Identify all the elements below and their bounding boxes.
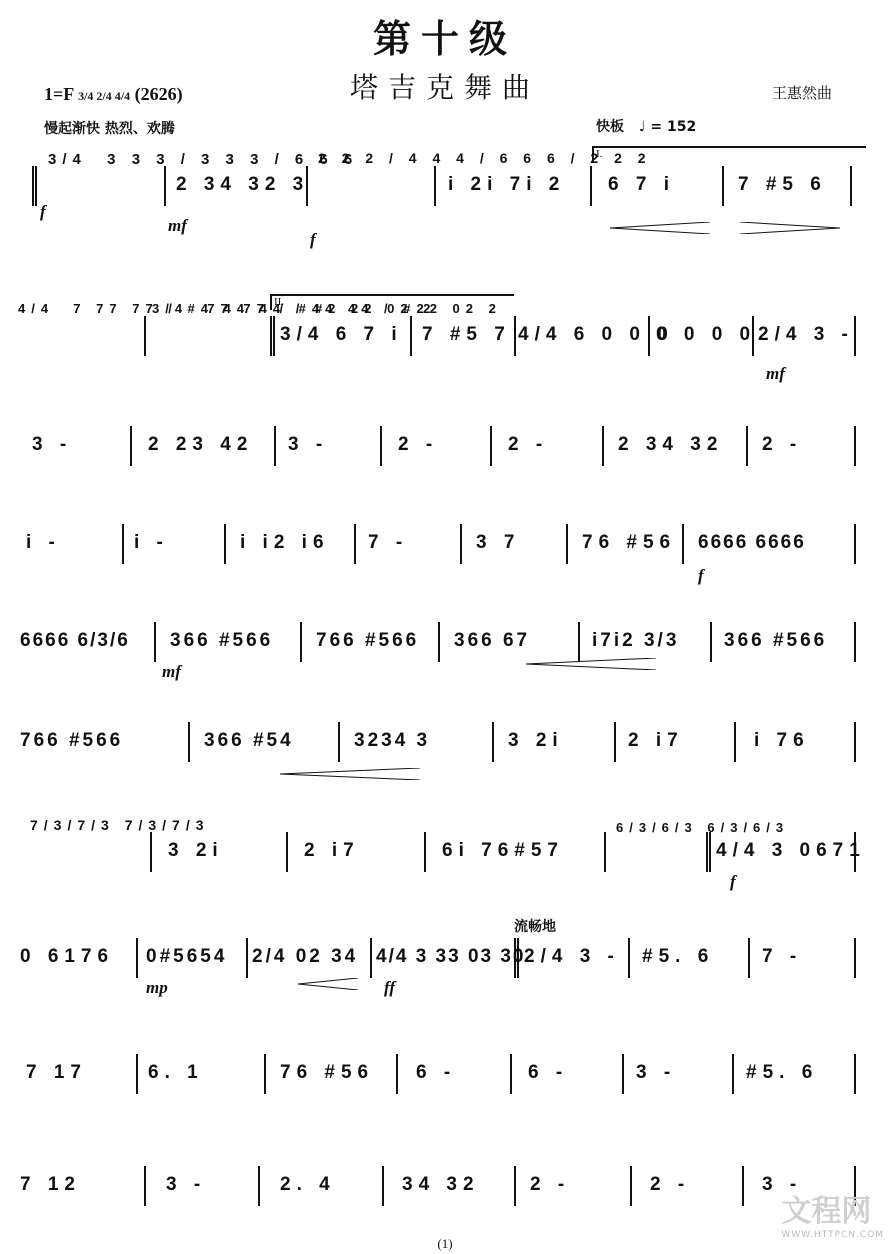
barline — [648, 316, 650, 356]
key-signature: 1=F 3/4 2/4 4/4 (2626) — [44, 84, 183, 105]
dynamic-mf: mf — [162, 662, 181, 682]
barline — [510, 1054, 512, 1094]
measure: 2 i7 — [628, 730, 684, 752]
barline — [144, 1166, 146, 1206]
barline — [854, 426, 856, 466]
barline — [514, 316, 516, 356]
watermark: 文程网 WWW.HTTPCN.COM — [781, 1186, 884, 1240]
barline — [710, 622, 712, 662]
barline — [380, 426, 382, 466]
barline — [136, 1054, 138, 1094]
crescendo-hairpin — [280, 768, 420, 780]
barline — [150, 832, 152, 872]
measure: i 2i 7i 2 — [448, 174, 565, 196]
barline — [154, 622, 156, 662]
barline — [264, 1054, 266, 1094]
repeat-start-barline — [706, 832, 711, 872]
measure: 366 #566 — [724, 630, 827, 652]
barline — [628, 938, 630, 978]
volta-bracket: I. — [592, 146, 866, 162]
measure: i7i2 3/3 — [592, 630, 679, 652]
measure: 6/3/6/3 6/3/6/3 — [616, 820, 789, 836]
measure: 4/4 6 0 0 0 — [518, 324, 674, 346]
measure: 0 0 0 0 — [656, 324, 756, 346]
measure: 366 #566 — [170, 630, 273, 652]
crescendo-hairpin — [526, 658, 656, 670]
barline — [722, 166, 724, 206]
barline — [614, 722, 616, 762]
measure: 2. 4 — [280, 1174, 336, 1196]
decrescendo-hairpin — [740, 222, 840, 234]
measure: 3234 3 — [354, 730, 430, 752]
measure: 366 #54 — [204, 730, 294, 752]
measure: 2/4 3 - — [524, 946, 620, 968]
measure: 4/4 3 0671 — [716, 840, 866, 862]
barline — [732, 1054, 734, 1094]
measure: 3 - — [636, 1062, 676, 1084]
barline — [854, 832, 856, 872]
barline — [854, 1054, 856, 1094]
staff-row: 3/4 3 3 3 / 3 3 3 / 6 6 6 2 34 32 3 2 2 … — [18, 150, 856, 230]
staff-row: 7/3/7/3 7/3/7/3 3 2i 2 i7 6i 76#57 6/3/6… — [18, 816, 856, 896]
measure: 7 #5 7 — [422, 324, 511, 346]
barline — [188, 722, 190, 762]
barline — [854, 524, 856, 564]
measure: 766 #566 — [20, 730, 123, 752]
measure: 76 #56 — [582, 532, 676, 554]
barline — [246, 938, 248, 978]
dynamic-mf: mf — [168, 216, 187, 236]
barline — [164, 166, 166, 206]
barline — [746, 426, 748, 466]
measure: 6i 76#57 — [442, 840, 564, 862]
barline — [258, 1166, 260, 1206]
barline — [460, 524, 462, 564]
measure: i - — [26, 532, 61, 554]
measure: 3 - — [166, 1174, 206, 1196]
staff-row: 4/4 7 77 77 / #4 44 44 / #2 22 02 2 3/4 … — [18, 300, 856, 380]
measure: 3 2i — [508, 730, 564, 752]
measure: 2 - — [508, 434, 548, 456]
barline — [410, 316, 412, 356]
measure: 7 #5 6 — [738, 174, 827, 196]
barline — [566, 524, 568, 564]
measure: 2 34 32 3 — [176, 174, 309, 196]
dynamic-f: f — [698, 566, 704, 586]
watermark-url: WWW.HTTPCN.COM — [781, 1230, 884, 1240]
dynamic-ff: ff — [384, 978, 395, 998]
repeat-end-barline — [270, 316, 275, 356]
measure: #5. 6 — [642, 946, 714, 968]
barline — [136, 938, 138, 978]
measure: 7 - — [368, 532, 408, 554]
dynamic-f-IV: f — [730, 872, 736, 892]
annotation-fluently: 流畅地 — [514, 916, 556, 936]
measure: 2/4 3 - — [758, 324, 854, 346]
barline — [286, 832, 288, 872]
barline — [306, 166, 308, 206]
volta-bracket: II. — [270, 294, 514, 310]
barline — [490, 426, 492, 466]
barline — [382, 1166, 384, 1206]
measure: 4/4 3 33 03 30 — [376, 946, 526, 968]
measure: 6666 6/3/6 — [20, 630, 130, 652]
barline — [338, 722, 340, 762]
barline — [354, 524, 356, 564]
measure: 7 12 — [20, 1174, 81, 1196]
measure: i 76 — [754, 730, 810, 752]
barline — [602, 426, 604, 466]
measure: 3 - — [288, 434, 328, 456]
barline — [514, 1166, 516, 1206]
measure: 3 7 — [476, 532, 520, 554]
repeat-start-barline — [32, 166, 37, 206]
barline — [300, 622, 302, 662]
barline — [854, 938, 856, 978]
staff-row: 7 12 3 - 2. 4 34 32 2 - 2 - 3 - — [18, 1150, 856, 1230]
expression-mark: 慢起渐快 热烈、欢腾 — [44, 118, 175, 138]
tempo-text: 快板 — [596, 119, 624, 135]
page-title: 第十级 — [0, 8, 890, 63]
barline — [854, 316, 856, 356]
dynamic-f: f — [40, 202, 46, 222]
measure: 2/4 02 34 — [252, 946, 358, 968]
crescendo-hairpin — [610, 222, 710, 234]
measure: 2 i7 — [304, 840, 360, 862]
measure: 7 - — [762, 946, 802, 968]
barline — [434, 166, 436, 206]
measure: 3 - — [32, 434, 72, 456]
dynamic-f: f — [310, 230, 316, 250]
measure: 3 2i — [168, 840, 224, 862]
barline — [748, 938, 750, 978]
measure: 2 - — [398, 434, 438, 456]
repeat-end-barline — [514, 938, 519, 978]
barline — [590, 166, 592, 206]
staff-row: 3 - 2 23 42 3 - 2 - 2 - 2 34 32 2 - — [18, 410, 856, 490]
measure: i i2 i6 — [240, 532, 330, 554]
barline — [630, 1166, 632, 1206]
measure: 2 - — [530, 1174, 570, 1196]
tuning: (2626) — [135, 84, 183, 104]
tempo-value: = 152 — [650, 119, 696, 135]
staff-row: 766 #566 366 #54 3234 3 3 2i 2 i7 i 76 — [18, 706, 856, 786]
staff-row: 0 6176 0#5654 2/4 02 34 4/4 3 33 03 30 2… — [18, 922, 856, 1002]
barline — [438, 622, 440, 662]
barline — [144, 316, 146, 356]
measure: i - — [134, 532, 169, 554]
measure: 366 67 — [454, 630, 530, 652]
key: 1=F — [44, 84, 74, 104]
barline — [122, 524, 124, 564]
measure: 3/4 6 7 i — [280, 324, 403, 346]
barline — [578, 622, 580, 662]
measure: 2 23 42 — [148, 434, 253, 456]
barline — [492, 722, 494, 762]
staff-row: 7 17 6. 1 76 #56 6 - 6 - 3 - #5. 6 — [18, 1038, 856, 1118]
watermark-text: 文程网 — [781, 1194, 871, 1229]
measure: 6666 6666 — [698, 532, 806, 554]
staff-row: i - i - i i2 i6 7 - 3 7 76 #56 6666 6666… — [18, 508, 856, 588]
barline — [604, 832, 606, 872]
barline — [854, 622, 856, 662]
measure: 76 #56 — [280, 1062, 374, 1084]
barline — [742, 1166, 744, 1206]
barline — [622, 1054, 624, 1094]
measure: 6. 1 — [148, 1062, 204, 1084]
page-number: (1) — [0, 1236, 890, 1252]
measure: 7/3/7/3 7/3/7/3 — [30, 816, 210, 834]
time-signatures: 3/4 2/4 4/4 — [78, 89, 130, 103]
barline — [682, 524, 684, 564]
measure: 2 - — [650, 1174, 690, 1196]
measure: 0 6176 — [20, 946, 114, 968]
measure: 2 - — [762, 434, 802, 456]
measure: 7 17 — [26, 1062, 87, 1084]
measure: 3/4 3 3 3 / 3 3 3 / 6 6 6 — [48, 150, 358, 169]
measure: #5. 6 — [746, 1062, 818, 1084]
measure: 0#5654 — [146, 946, 227, 968]
staff-row: 6666 6/3/6 366 #566 766 #566 366 67 i7i2… — [18, 606, 856, 686]
measure: 6 - — [528, 1062, 568, 1084]
dynamic-mf: mf — [766, 364, 785, 384]
measure: 766 #566 — [316, 630, 419, 652]
composer: 王惠然曲 — [772, 82, 832, 103]
tempo-mark: 快板 ♩ = 152 — [596, 116, 696, 136]
measure: 2 34 32 — [618, 434, 723, 456]
barline — [370, 938, 372, 978]
measure: 6 - — [416, 1062, 456, 1084]
barline — [424, 832, 426, 872]
barline — [752, 316, 754, 356]
barline — [854, 722, 856, 762]
barline — [734, 722, 736, 762]
crescendo-hairpin — [298, 978, 358, 990]
barline — [850, 166, 852, 206]
barline — [274, 426, 276, 466]
barline — [130, 426, 132, 466]
dynamic-mp: mp — [146, 978, 168, 998]
measure: 34 32 — [402, 1174, 480, 1196]
barline — [396, 1054, 398, 1094]
measure: 6 7 i — [608, 174, 675, 196]
barline — [224, 524, 226, 564]
quarter-note-icon: ♩ — [639, 119, 646, 135]
